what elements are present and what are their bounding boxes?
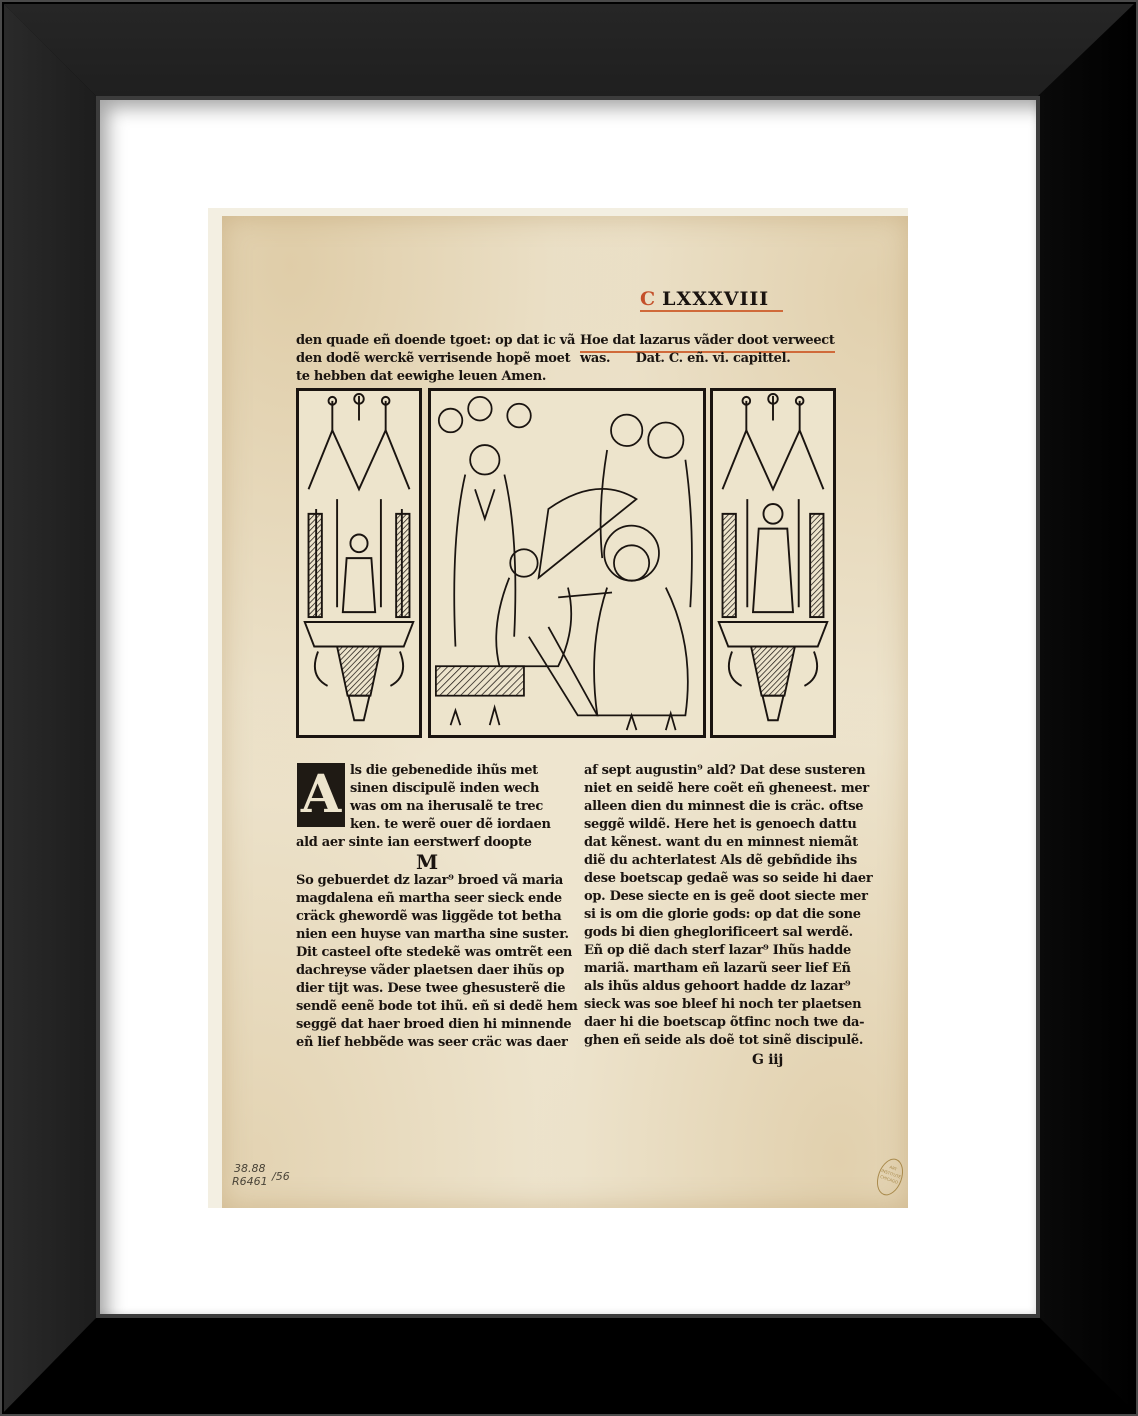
text-line: af sept augustin⁹ ald? Dat dese susteren — [584, 762, 865, 780]
text-line: was om na iherusalẽ te trec — [350, 798, 543, 816]
text-line: ghen eñ seide als doẽ tot sinẽ discipulẽ… — [584, 1032, 863, 1050]
text-line: nien een huyse van martha sine suster. — [296, 926, 569, 944]
text-line: dier tijt was. Dese twee ghesusterẽ die — [296, 980, 565, 998]
text-line: Eñ op diẽ dach sterf lazar⁹ Ihũs hadde — [584, 942, 851, 960]
text-line: gods bi dien gheglorificeert sal werdẽ. — [584, 924, 853, 942]
text-line: cräck ghewordẽ was liggẽde tot betha — [296, 908, 561, 926]
text-line: ken. te werẽ ouer dẽ iordaen — [350, 816, 551, 834]
folio-numeral: LXXXVIII — [662, 288, 769, 310]
paragraph-mark: M — [416, 850, 438, 874]
text-line: mariã. martham eñ lazarũ seer lief Eñ — [584, 960, 851, 978]
text-line: sinen discipulẽ inden wech — [350, 780, 539, 798]
folio-prefix: C — [640, 288, 656, 310]
text-line: seggẽ dat haer broed dien hi minnende — [296, 1016, 571, 1034]
text-line: ls die gebenedide ihũs met — [350, 762, 538, 780]
pencil-note: /56 — [272, 1170, 290, 1183]
text-line: te hebben dat eewighe leuen Amen. — [296, 368, 546, 386]
raising-of-lazarus-illustration — [431, 391, 703, 735]
text-line: alleen dien du minnest die is cräc. ofts… — [584, 798, 863, 816]
text-line: sieck was soe bleef hi noch ter plaetsen — [584, 996, 861, 1014]
pencil-note: 38.88 — [234, 1162, 266, 1175]
gothic-niche-illustration — [713, 391, 833, 735]
woodcut-left-niche — [296, 388, 422, 738]
text-line: niet en seidẽ here coẽt eñ gheneest. mer — [584, 780, 869, 798]
signature-mark: G iij — [752, 1052, 783, 1070]
gothic-niche-illustration — [299, 391, 419, 735]
text-line: op. Dese siecte en is geẽ doot siecte me… — [584, 888, 868, 906]
woodcut-raising-of-lazarus — [428, 388, 706, 738]
text-line: den quade eñ doende tgoet: op dat ic vã — [296, 332, 575, 350]
text-line: den dodẽ werckẽ verrisende hopẽ moet — [296, 350, 570, 368]
folio-number: CLXXXVIII — [640, 288, 783, 312]
text-line: dat kẽnest. want du en minnest niemãt — [584, 834, 858, 852]
text-line: Dit casteel ofte stedekẽ was omtrẽt een — [296, 944, 572, 962]
decorated-initial: A — [297, 763, 345, 827]
text-line: daer hi die boetscap õtfinc noch twe da- — [584, 1014, 864, 1032]
text-line: eñ lief hebbẽde was seer cräc was daer — [296, 1034, 568, 1052]
text-line: dachreyse vãder plaetsen daer ihũs op — [296, 962, 564, 980]
text-line: diẽ du achterlatest Als dẽ gebñdide ihs — [584, 852, 857, 870]
text-line: sendẽ eenẽ bode tot ihũ. eñ si dedẽ hem — [296, 998, 578, 1016]
woodcut-right-niche — [710, 388, 836, 738]
text-line: magdalena eñ martha seer sieck ende — [296, 890, 562, 908]
text-line: So gebuerdet dz lazar⁹ broed vã maria — [296, 872, 563, 890]
pencil-note: R6461 — [232, 1175, 268, 1188]
text-line: si is om die glorie gods: op dat die son… — [584, 906, 861, 924]
text-line: ald aer sinte ian eerstwerf doopte — [296, 834, 532, 852]
text-line: dese boetscap gedaẽ was so seide hi daer — [584, 870, 872, 888]
heading-line: was. Dat. C. eñ. vi. capittel. — [580, 350, 790, 368]
text-line: als ihũs aldus gehoort hadde dz lazar⁹ — [584, 978, 850, 996]
text-line: seggẽ wildẽ. Here het is genoech dattu — [584, 816, 857, 834]
